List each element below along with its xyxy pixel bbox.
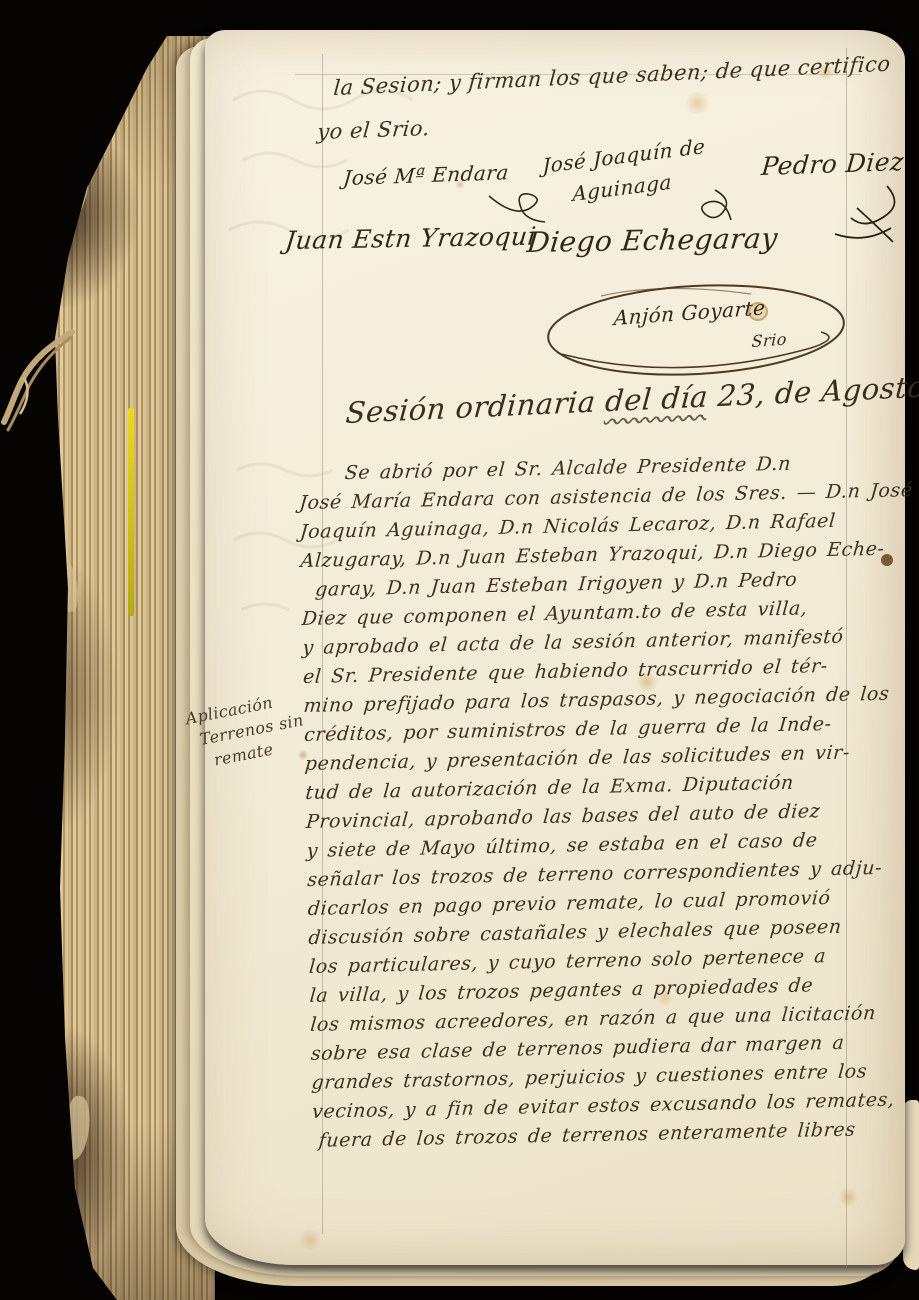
stain [837, 1188, 859, 1206]
manuscript-page: la Sesion; y firman los que saben; de qu… [205, 30, 905, 1265]
signature-diez: Pedro Diez [761, 147, 904, 181]
signature-echegaray: Diego Echegaray [527, 222, 778, 259]
minute-body: Se abrió por el Sr. Alcalde Presidente D… [300, 447, 919, 1156]
signature-endara: José Mª Endara [343, 160, 509, 190]
bookmark-ribbon [128, 408, 134, 616]
closing-line-2: yo el Srio. [317, 116, 430, 144]
signature-aguinaga-line2: Aguinaga [571, 170, 673, 206]
secretary-signature-title: Srio [751, 330, 788, 351]
stain [683, 92, 711, 114]
signature-aguinaga-line1: José Joaquín de [541, 134, 707, 178]
session-heading-post: 23, de Agosto [707, 370, 919, 414]
stain [297, 1230, 323, 1250]
signature-yrazoqui: Juan Estn Yrazoqui [285, 222, 536, 255]
photo-backdrop: la Sesion; y firman los que saben; de qu… [0, 0, 919, 1300]
session-heading-pre: Sesión ordinaria [344, 384, 606, 430]
session-heading-underlined: del día [604, 379, 709, 418]
secretary-signature-name: Anjón Goyarte [613, 295, 766, 330]
session-heading: Sesión ordinaria del día 23, de Agosto [345, 370, 919, 430]
closing-line-1: la Sesion; y firman los que saben; de qu… [333, 52, 891, 100]
binding-string [0, 318, 90, 438]
secretary-rubric-oval [541, 276, 851, 384]
signature-diez-rubric [817, 180, 907, 250]
